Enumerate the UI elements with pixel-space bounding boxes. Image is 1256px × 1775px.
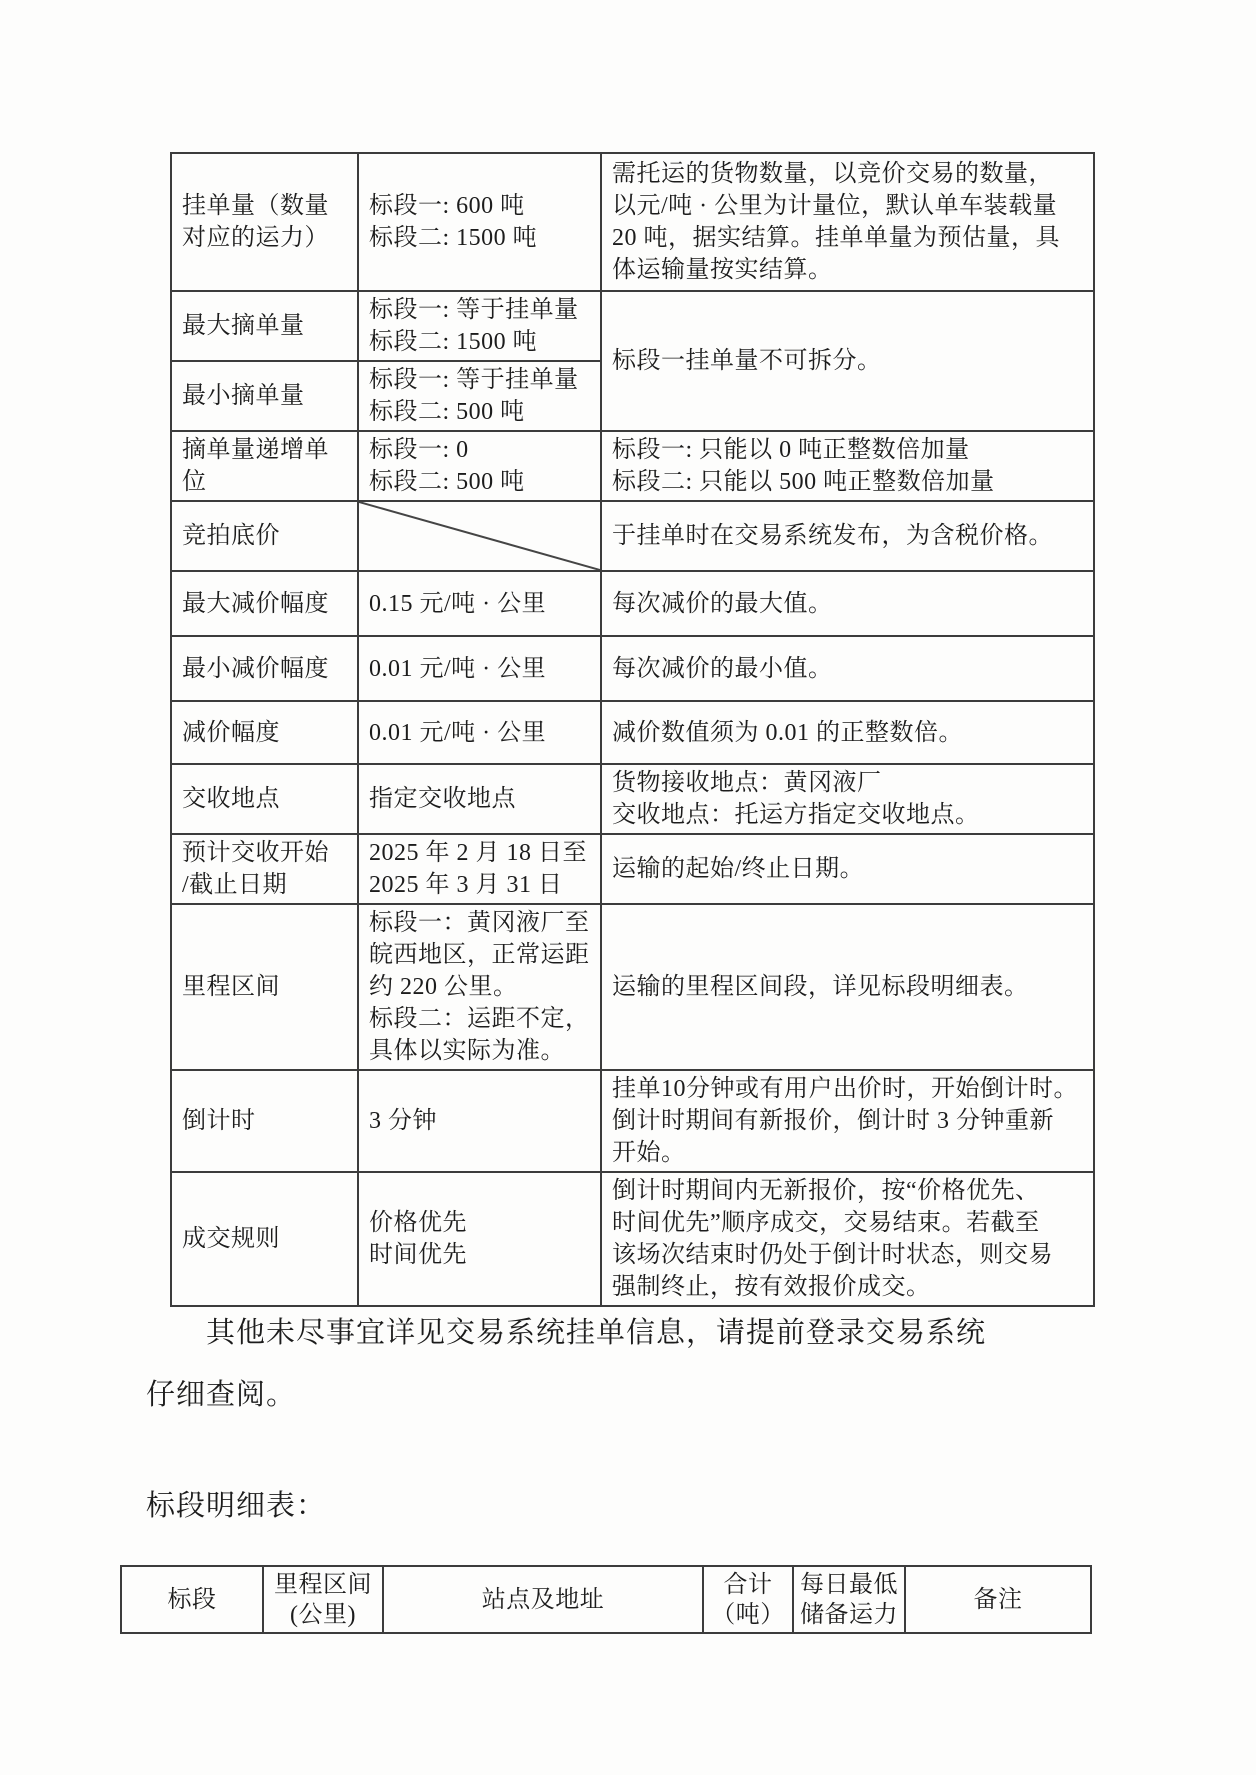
term-value-cell: 标段一: 0 标段二: 500 吨 [358, 431, 601, 501]
term-value-cell: 0.15 元/吨 · 公里 [358, 571, 601, 636]
term-value-cell: 3 分钟 [358, 1070, 601, 1172]
term-label-mileage-range: 里程区间 [171, 904, 358, 1070]
table-header-row: 标段 里程区间 (公里) 站点及地址 合计 （吨） 每日最低 储备运力 备注 [121, 1566, 1091, 1633]
term-label-countdown: 倒计时 [171, 1070, 358, 1172]
term-desc-cell: 倒计时期间内无新报价，按“价格优先、 时间优先”顺序成交，交易结束。若截至 该场… [601, 1172, 1094, 1306]
closing-note: 其他未尽事宜详见交易系统挂单信息，请提前登录交易系统仔细查阅。 [146, 1302, 1002, 1426]
term-label-delivery-place: 交收地点 [171, 764, 358, 834]
term-label-min-reduction: 最小减价幅度 [171, 636, 358, 701]
term-value-cell: 0.01 元/吨 · 公里 [358, 636, 601, 701]
table-row: 摘单量递增单 位 标段一: 0 标段二: 500 吨 标段一: 只能以 0 吨正… [171, 431, 1094, 501]
header-cell-segment: 标段 [121, 1566, 263, 1633]
term-label-min-pick: 最小摘单量 [171, 361, 358, 431]
term-value-cell: 标段一: 600 吨 标段二: 1500 吨 [358, 153, 601, 291]
table-row: 倒计时 3 分钟 挂单10分钟或有用户出价时，开始倒计时。 倒计时期间有新报价，… [171, 1070, 1094, 1172]
diagonal-line [359, 502, 600, 570]
term-value-cell: 0.01 元/吨 · 公里 [358, 701, 601, 764]
term-label-increment-unit: 摘单量递增单 位 [171, 431, 358, 501]
term-desc-cell: 于挂单时在交易系统发布，为含税价格。 [601, 501, 1094, 571]
term-desc-cell: 每次减价的最小值。 [601, 636, 1094, 701]
term-value-cell: 标段一: 等于挂单量 标段二: 1500 吨 [358, 291, 601, 361]
term-desc-cell: 挂单10分钟或有用户出价时，开始倒计时。 倒计时期间有新报价，倒计时 3 分钟重… [601, 1070, 1094, 1172]
table-row: 最大减价幅度 0.15 元/吨 · 公里 每次减价的最大值。 [171, 571, 1094, 636]
segment-detail-table-label: 标段明细表： [146, 1483, 326, 1524]
term-desc-cell: 标段一: 只能以 0 吨正整数倍加量 标段二: 只能以 500 吨正整数倍加量 [601, 431, 1094, 501]
table-row: 挂单量（数量 对应的运力） 标段一: 600 吨 标段二: 1500 吨 需托运… [171, 153, 1094, 291]
term-desc-cell-merged: 标段一挂单量不可拆分。 [601, 291, 1094, 431]
header-cell-mileage: 里程区间 (公里) [263, 1566, 383, 1633]
term-label-delivery-dates: 预计交收开始 /截止日期 [171, 834, 358, 904]
term-label-reduction-step: 减价幅度 [171, 701, 358, 764]
table-row: 成交规则 价格优先 时间优先 倒计时期间内无新报价，按“价格优先、 时间优先”顺… [171, 1172, 1094, 1306]
header-cell-remarks: 备注 [905, 1566, 1091, 1633]
term-desc-cell: 运输的里程区间段，详见标段明细表。 [601, 904, 1094, 1070]
table-row: 最小减价幅度 0.01 元/吨 · 公里 每次减价的最小值。 [171, 636, 1094, 701]
diagonal-slash-cell [358, 501, 601, 571]
term-value-cell: 2025 年 2 月 18 日至 2025 年 3 月 31 日 [358, 834, 601, 904]
table-row: 最大摘单量 标段一: 等于挂单量 标段二: 1500 吨 标段一挂单量不可拆分。 [171, 291, 1094, 361]
header-cell-station-address: 站点及地址 [383, 1566, 703, 1633]
term-label-max-pick: 最大摘单量 [171, 291, 358, 361]
table-row: 预计交收开始 /截止日期 2025 年 2 月 18 日至 2025 年 3 月… [171, 834, 1094, 904]
term-desc-cell: 货物接收地点：黄冈液厂 交收地点：托运方指定交收地点。 [601, 764, 1094, 834]
term-label-listing-volume: 挂单量（数量 对应的运力） [171, 153, 358, 291]
table-row: 竞拍底价 于挂单时在交易系统发布，为含税价格。 [171, 501, 1094, 571]
term-desc-cell: 每次减价的最大值。 [601, 571, 1094, 636]
term-value-cell: 标段一：黄冈液厂至 皖西地区，正常运距 约 220 公里。 标段二：运距不定， … [358, 904, 601, 1070]
term-desc-cell: 减价数值须为 0.01 的正整数倍。 [601, 701, 1094, 764]
header-cell-daily-min-capacity: 每日最低 储备运力 [793, 1566, 905, 1633]
term-desc-cell: 需托运的货物数量，以竞价交易的数量， 以元/吨 · 公里为计量位，默认单车装载量… [601, 153, 1094, 291]
segment-detail-table: 标段 里程区间 (公里) 站点及地址 合计 （吨） 每日最低 储备运力 备注 [120, 1565, 1092, 1634]
term-value-cell: 标段一: 等于挂单量 标段二: 500 吨 [358, 361, 601, 431]
term-label-max-reduction: 最大减价幅度 [171, 571, 358, 636]
header-cell-total-tons: 合计 （吨） [703, 1566, 793, 1633]
term-value-cell: 指定交收地点 [358, 764, 601, 834]
term-desc-cell: 运输的起始/终止日期。 [601, 834, 1094, 904]
term-label-deal-rules: 成交规则 [171, 1172, 358, 1306]
table-row: 减价幅度 0.01 元/吨 · 公里 减价数值须为 0.01 的正整数倍。 [171, 701, 1094, 764]
bidding-terms-table: 挂单量（数量 对应的运力） 标段一: 600 吨 标段二: 1500 吨 需托运… [170, 152, 1095, 1307]
table-row: 交收地点 指定交收地点 货物接收地点：黄冈液厂 交收地点：托运方指定交收地点。 [171, 764, 1094, 834]
term-value-cell: 价格优先 时间优先 [358, 1172, 601, 1306]
table-row: 里程区间 标段一：黄冈液厂至 皖西地区，正常运距 约 220 公里。 标段二：运… [171, 904, 1094, 1070]
term-label-auction-base-price: 竞拍底价 [171, 501, 358, 571]
